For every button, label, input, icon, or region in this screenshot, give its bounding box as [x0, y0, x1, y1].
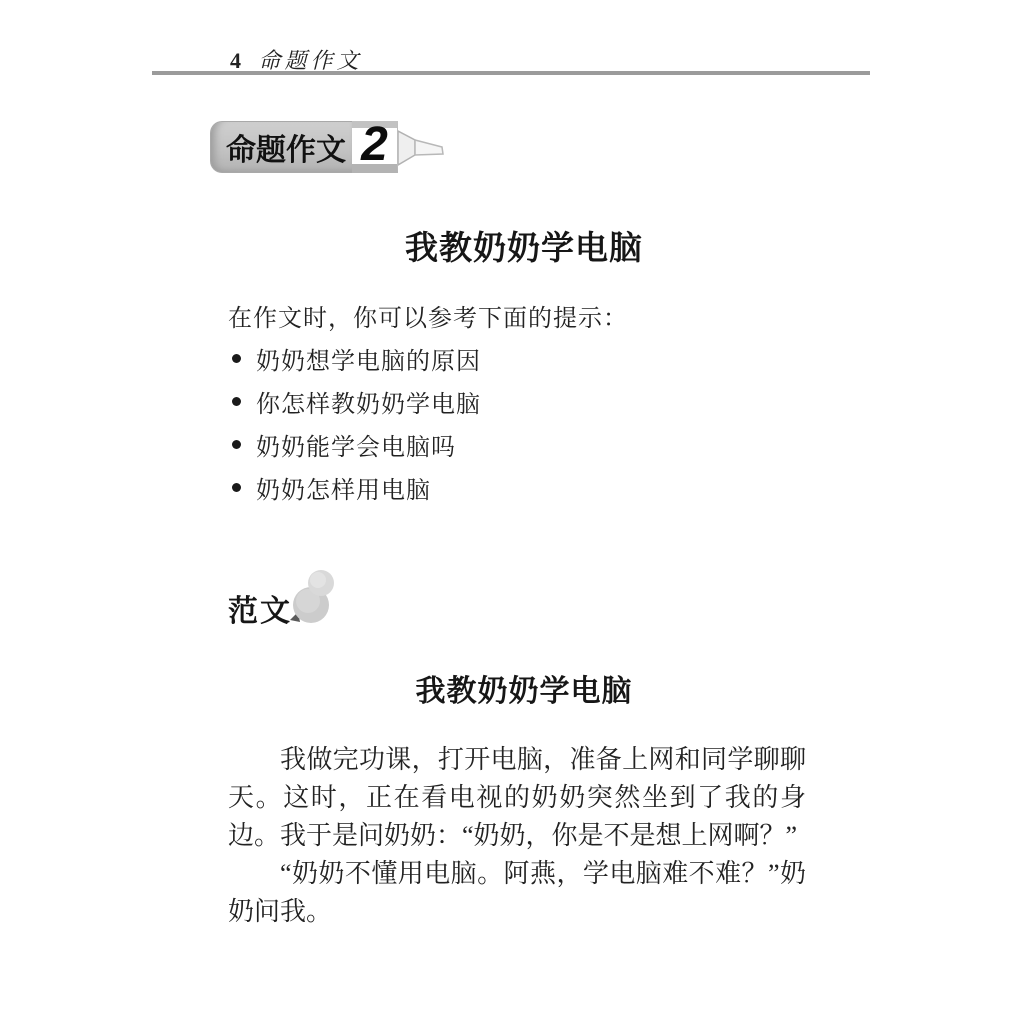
badge-label: 命题作文: [226, 125, 346, 169]
tip-item: 你怎样教奶奶学电脑: [232, 387, 481, 415]
essay-paragraph: 我做完功课，打开电脑，准备上网和同学聊聊天。这时，正在看电视的奶奶突然坐到了我的…: [228, 741, 806, 855]
tip-text: 你怎样教奶奶学电脑: [256, 384, 481, 419]
sample-essay-title: 我教奶奶学电脑: [228, 666, 820, 710]
bullet-icon: [232, 397, 241, 406]
bullet-icon: [232, 354, 241, 363]
essay-paragraph: “奶奶不懂用电脑。阿燕，学电脑难不难？”奶奶问我。: [228, 855, 806, 931]
prompt-title: 我教奶奶学电脑: [228, 222, 820, 269]
pushpin-icon: [288, 568, 338, 628]
header-rule: [152, 71, 870, 75]
tip-item: 奶奶怎样用电脑: [232, 473, 481, 501]
chapter-title: 命题作文: [259, 48, 363, 73]
section-badge: 命题作文 2: [210, 121, 446, 173]
tip-text: 奶奶能学会电脑吗: [256, 427, 456, 462]
page-number: 4: [230, 48, 241, 73]
badge-body: 命题作文: [210, 121, 352, 173]
tip-item: 奶奶想学电脑的原因: [232, 344, 481, 372]
bullet-icon: [232, 483, 241, 492]
prompt-instruction: 在作文时，你可以参考下面的提示：: [228, 298, 628, 333]
tip-text: 奶奶想学电脑的原因: [256, 341, 481, 376]
sample-essay-label: 范文: [228, 586, 292, 630]
marker-tip-icon: [398, 121, 446, 173]
book-page: 4 命题作文 命题作文 2 我教奶奶学电脑 在作文时，你可以参考下面的提示： 奶…: [0, 0, 1024, 1024]
badge-neck: 2: [352, 121, 398, 173]
bullet-icon: [232, 440, 241, 449]
badge-number: 2: [361, 121, 388, 169]
tip-text: 奶奶怎样用电脑: [256, 470, 431, 505]
tip-item: 奶奶能学会电脑吗: [232, 430, 481, 458]
tips-list: 奶奶想学电脑的原因 你怎样教奶奶学电脑 奶奶能学会电脑吗 奶奶怎样用电脑: [232, 344, 481, 516]
sample-essay-body: 我做完功课，打开电脑，准备上网和同学聊聊天。这时，正在看电视的奶奶突然坐到了我的…: [228, 741, 806, 931]
